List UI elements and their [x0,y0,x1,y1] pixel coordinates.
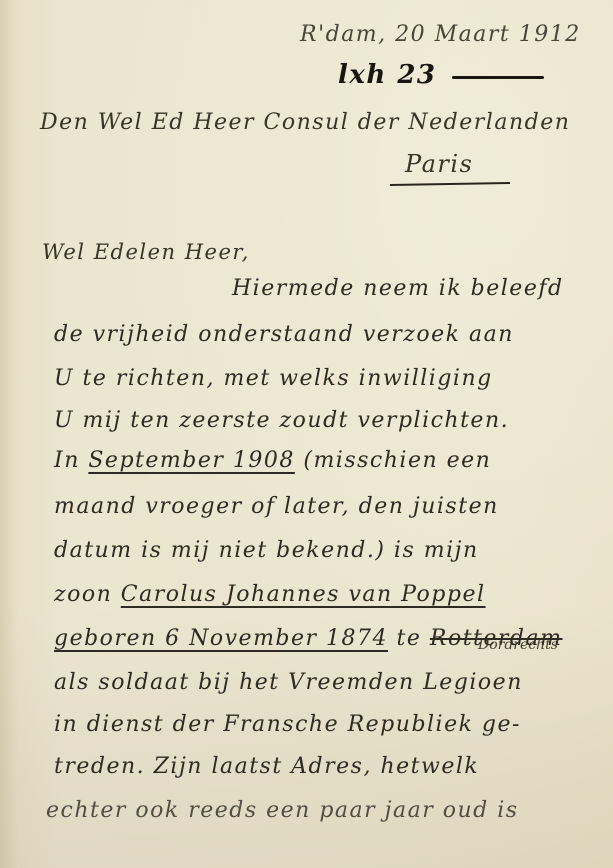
body-line-12: treden. Zijn laatst Adres, hetwelk [54,754,479,779]
addressee-line-1: Den Wel Ed Heer Consul der Nederlanden [40,110,570,135]
letter-page: R'dam, 20 Maart 1912 lxh 23 Den Wel Ed H… [0,0,613,868]
body-line-2: de vrijheid onderstaand verzoek aan [54,322,514,347]
addressee-underline [390,182,510,186]
body-line-4: U mij ten zeerste zoudt verplichten. [54,408,509,433]
body-line-3: U te richten, met welks inwilliging [54,366,493,391]
dateline: R'dam, 20 Maart 1912 [300,22,581,47]
addressee-line-2: Paris [405,150,473,178]
line5-prefix: In [54,448,80,473]
underlined-date: September 1908 [88,448,295,473]
body-line-7: datum is mij niet bekend.) is mijn [54,538,479,563]
reference-number: lxh 23 [338,60,437,90]
underlined-birthdate: geboren 6 November 1874 [54,626,388,651]
line5-suffix: (misschien een [303,448,491,473]
body-line-5: In September 1908 (misschien een [54,448,491,473]
reference-dash [452,76,544,79]
body-line-11: in dienst der Fransche Republiek ge- [54,712,521,737]
struck-city: Rotterdam [430,626,563,651]
body-line-8: zoon Carolus Johannes van Poppel [54,582,486,607]
body-line-9: geboren 6 November 1874 te Rotterdam [54,626,563,651]
body-line-6: maand vroeger of later, den juisten [54,494,499,519]
line9-mid: te [397,626,422,651]
body-line-10: als soldaat bij het Vreemden Legioen [54,670,523,695]
underlined-name: Carolus Johannes van Poppel [121,582,486,607]
body-line-1: Hiermede neem ik beleefd [232,276,564,301]
body-line-13: echter ook reeds een paar jaar oud is [46,798,519,823]
salutation: Wel Edelen Heer, [42,240,250,264]
line8-prefix: zoon [54,582,112,607]
